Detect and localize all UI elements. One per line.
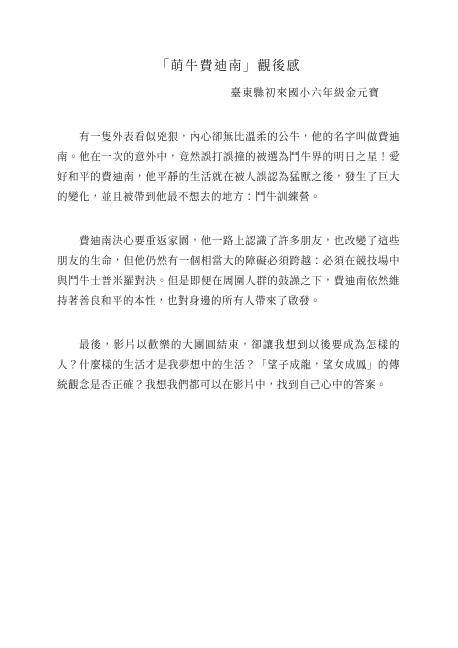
author-byline: 臺東縣初來國小六年級金元寶 xyxy=(57,87,400,101)
paragraph-3: 最後，影片以歡樂的大團圓結束，卻讓我想到以後要成為怎樣的人？什麼樣的生活才是我夢… xyxy=(57,336,400,396)
document-page: 「萌牛費迪南」觀後感 臺東縣初來國小六年級金元寶 有一隻外表看似兇狠，內心卻無比… xyxy=(0,0,458,648)
document-body: 有一隻外表看似兇狠，內心卻無比溫柔的公牛，他的名字叫做費迪南。他在一次的意外中，… xyxy=(57,128,400,396)
paragraph-2: 費迪南決心要重返家園，他一路上認識了許多朋友，也改變了這些朋友的生命，但他仍然有… xyxy=(57,232,400,312)
paragraph-1: 有一隻外表看似兇狠，內心卻無比溫柔的公牛，他的名字叫做費迪南。他在一次的意外中，… xyxy=(57,128,400,208)
page-title: 「萌牛費迪南」觀後感 xyxy=(57,58,400,74)
